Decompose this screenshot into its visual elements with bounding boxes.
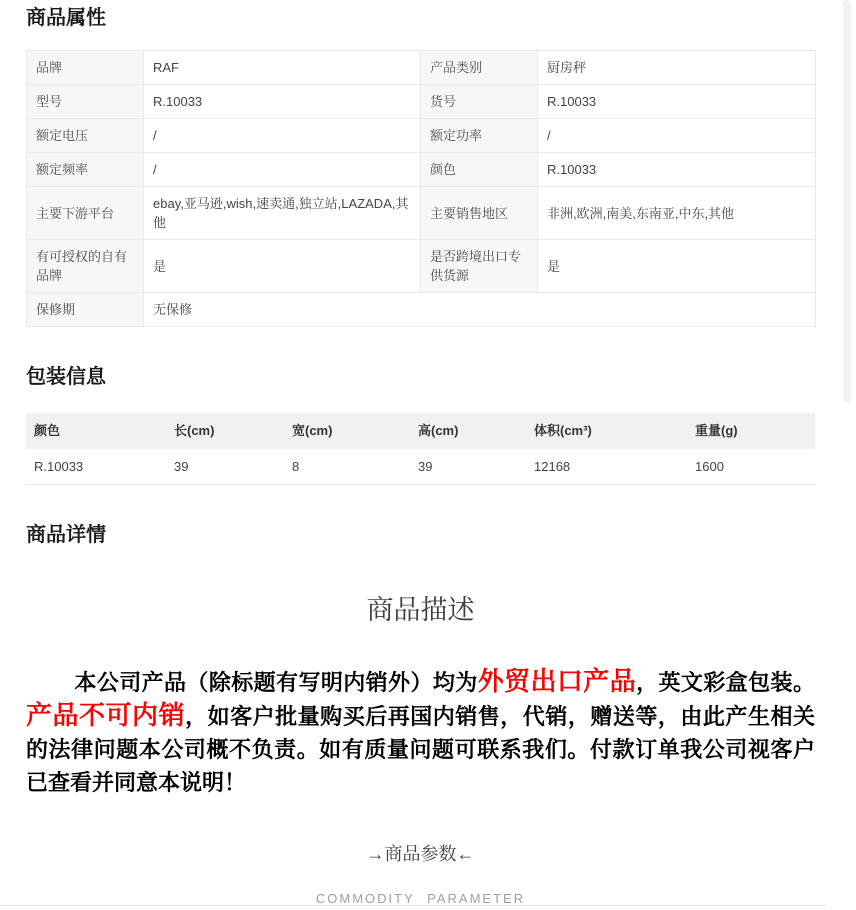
- attr-value-cell: 是: [144, 240, 421, 293]
- attr-value-cell: R.10033: [144, 85, 421, 119]
- attr-value-cell: 是: [538, 240, 816, 293]
- pack-cell-width: 8: [284, 449, 410, 485]
- table-row: 主要下游平台 ebay,亚马逊,wish,速卖通,独立站,LAZADA,其他 主…: [27, 187, 816, 240]
- attr-value-cell: R.10033: [538, 85, 816, 119]
- attr-label-cell: 主要下游平台: [27, 187, 144, 240]
- table-row: 品牌 RAF 产品类别 厨房秤: [27, 51, 816, 85]
- attr-value-cell: /: [144, 119, 421, 153]
- attr-value-cell: RAF: [144, 51, 421, 85]
- product-attributes-table: 品牌 RAF 产品类别 厨房秤 型号 R.10033 货号 R.10033 额定…: [26, 50, 816, 327]
- highlight-export-product: 外贸出口产品: [478, 666, 636, 696]
- attr-label-cell: 额定功率: [421, 119, 538, 153]
- scrollbar-thumb[interactable]: [843, 0, 851, 402]
- table-row: 保修期 无保修: [27, 293, 816, 327]
- paragraph-text: 本公司产品（除标题有写明内销外）均为: [74, 670, 477, 695]
- attr-label-cell: 主要销售地区: [421, 187, 538, 240]
- section-title-details: 商品详情: [26, 523, 815, 547]
- section-divider: [0, 905, 826, 906]
- attr-label-cell: 是否跨境出口专供货源: [421, 240, 538, 293]
- pack-header-width: 宽(cm): [284, 413, 410, 449]
- description-heading: 商品描述: [26, 595, 815, 625]
- table-row: 型号 R.10033 货号 R.10033: [27, 85, 816, 119]
- attr-value-cell: R.10033: [538, 153, 816, 187]
- commodity-parameter-marker: →商品参数←: [26, 843, 815, 865]
- attr-value-cell: 非洲,欧洲,南美,东南亚,中东,其他: [538, 187, 816, 240]
- attr-label-cell: 额定电压: [27, 119, 144, 153]
- pack-cell-volume: 12168: [526, 449, 687, 485]
- table-row: 额定频率 / 颜色 R.10033: [27, 153, 816, 187]
- attr-value-cell: ebay,亚马逊,wish,速卖通,独立站,LAZADA,其他: [144, 187, 421, 240]
- section-title-packaging: 包装信息: [26, 365, 815, 389]
- product-detail-page: 商品属性 品牌 RAF 产品类别 厨房秤 型号 R.10033 货号 R.100…: [0, 0, 856, 907]
- attr-value-cell: 厨房秤: [538, 51, 816, 85]
- section-title-attributes: 商品属性: [26, 6, 815, 30]
- attr-label-cell: 货号: [421, 85, 538, 119]
- table-row: 有可授权的自有品牌 是 是否跨境出口专供货源 是: [27, 240, 816, 293]
- pack-cell-height: 39: [410, 449, 526, 485]
- attr-label-cell: 型号: [27, 85, 144, 119]
- pack-header-volume: 体积(cm³): [526, 413, 687, 449]
- attr-value-cell: /: [538, 119, 816, 153]
- table-row: 额定电压 / 额定功率 /: [27, 119, 816, 153]
- attr-label-cell: 额定频率: [27, 153, 144, 187]
- highlight-no-domestic-sale: 产品不可内销: [26, 700, 185, 730]
- attr-label-cell: 颜色: [421, 153, 538, 187]
- attr-label-cell: 有可授权的自有品牌: [27, 240, 144, 293]
- attr-value-cell: /: [144, 153, 421, 187]
- description-paragraph: 本公司产品（除标题有写明内销外）均为外贸出口产品，英文彩盒包装。产品不可内销，如…: [26, 665, 815, 799]
- attr-label-cell: 产品类别: [421, 51, 538, 85]
- pack-cell-color: R.10033: [26, 449, 166, 485]
- pack-header-length: 长(cm): [166, 413, 284, 449]
- pack-cell-weight: 1600: [687, 449, 815, 485]
- pack-header-height: 高(cm): [410, 413, 526, 449]
- attr-value-cell: 无保修: [144, 293, 816, 327]
- attr-label-cell: 品牌: [27, 51, 144, 85]
- packaging-info-table: 颜色 长(cm) 宽(cm) 高(cm) 体积(cm³) 重量(g) R.100…: [26, 413, 815, 485]
- attr-label-cell: 保修期: [27, 293, 144, 327]
- pack-cell-length: 39: [166, 449, 284, 485]
- paragraph-text: ，英文彩盒包装。: [636, 670, 815, 695]
- pack-header-color: 颜色: [26, 413, 166, 449]
- table-row: R.10033 39 8 39 12168 1600: [26, 449, 815, 485]
- pack-header-weight: 重量(g): [687, 413, 815, 449]
- table-header-row: 颜色 长(cm) 宽(cm) 高(cm) 体积(cm³) 重量(g): [26, 413, 815, 449]
